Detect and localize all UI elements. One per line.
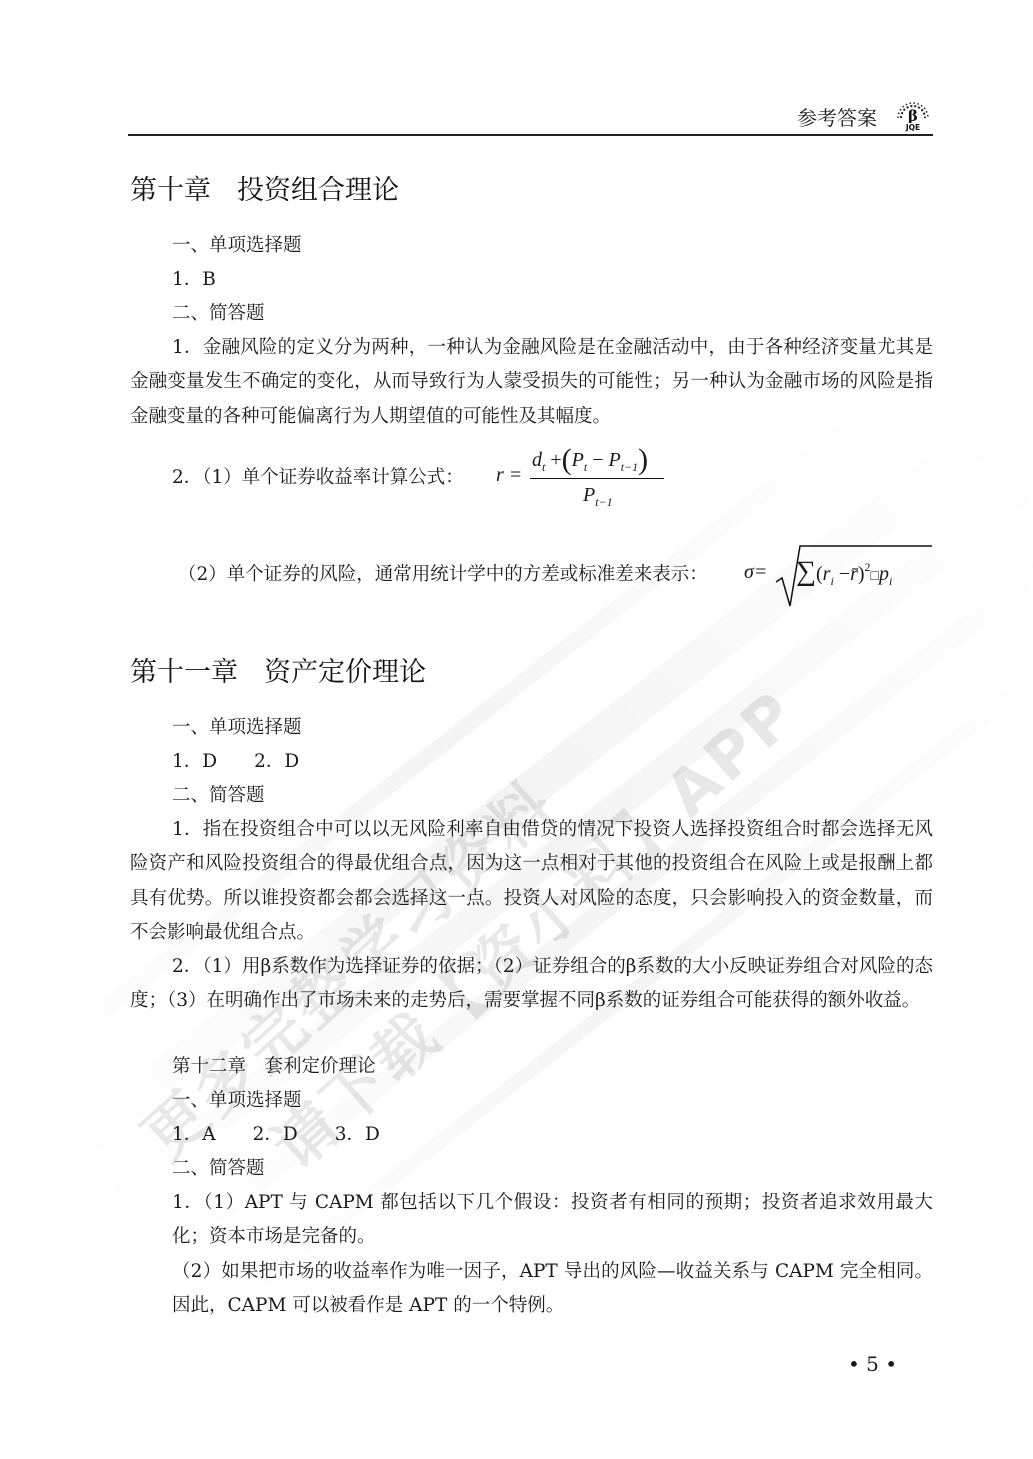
ch10-section-single-choice: 一、单项选择题 (172, 234, 302, 258)
ch10-single-choice-answers: 1．B (172, 268, 216, 292)
ch11-single-choice-answers: 1．D 2．D (172, 750, 299, 774)
ch11-section-single-choice: 一、单项选择题 (172, 716, 302, 740)
ch10-answer-1: 1．金融风险的定义分为两种，一种认为金融风险是在金融活动中，由于各种经济变量尤其… (130, 331, 933, 434)
formula-denominator: Pt−1 (583, 484, 613, 510)
chapter-number: 第十一章 (130, 657, 238, 688)
ch12-answer-1-part1: 1．（1）APT 与 CAPM 都包括以下几个假设：投资者有相同的预期；投资者追… (172, 1186, 933, 1255)
ch11-section-short-answer: 二、简答题 (172, 784, 265, 808)
fraction-bar (530, 478, 664, 479)
header-title: 参考答案 (797, 102, 877, 131)
ch11-answer-1: 1．指在投资组合中可以以无风险利率自由借贷的情况下投资人选择投资组合时都会选择无… (130, 813, 933, 950)
chapter-title: 资产定价理论 (264, 657, 426, 688)
ch10-answer-2-part1-label: 2．（1）单个证券收益率计算公式： (172, 466, 464, 490)
formula-numerator: dt +(Pt − Pt−1) (532, 443, 648, 477)
page-number: • 5 • (848, 1352, 897, 1376)
chapter-11-heading: 第十一章资产定价理论 (130, 650, 426, 689)
ch12-single-choice-answers: 1．A 2．D 3．D (172, 1123, 380, 1147)
chapter-number: 第十章 (130, 175, 211, 206)
page-header: 参考答案 β JQE (128, 96, 933, 136)
ch12-section-single-choice: 一、单项选择题 (172, 1089, 302, 1113)
ch10-section-short-answer: 二、简答题 (172, 302, 265, 326)
ch11-answer-2: 2．（1）用β系数作为选择证券的依据；（2）证券组合的β系数的大小反映证券组合对… (130, 950, 933, 1019)
publisher-logo-icon: β JQE (895, 96, 931, 132)
ch12-section-short-answer: 二、简答题 (172, 1157, 265, 1181)
ch12-answer-1-part2: （2）如果把市场的收益率作为唯一因子，APT 导出的风险—收益关系与 CAPM … (172, 1255, 933, 1324)
document-page: 更多完整学习资料 请下载【资小料】APP 参考答案 β JQE 第十章投资组合理… (0, 0, 1033, 1459)
ch10-answer-2-part2-label: （2）单个证券的风险，通常用统计学中的方差或标准差来表示： (178, 563, 708, 587)
chapter-12-heading: 第十二章 套利定价理论 (172, 1055, 376, 1079)
chapter-title: 投资组合理论 (237, 175, 399, 206)
svg-text:JQE: JQE (905, 123, 920, 132)
chapter-10-heading: 第十章投资组合理论 (130, 168, 399, 207)
